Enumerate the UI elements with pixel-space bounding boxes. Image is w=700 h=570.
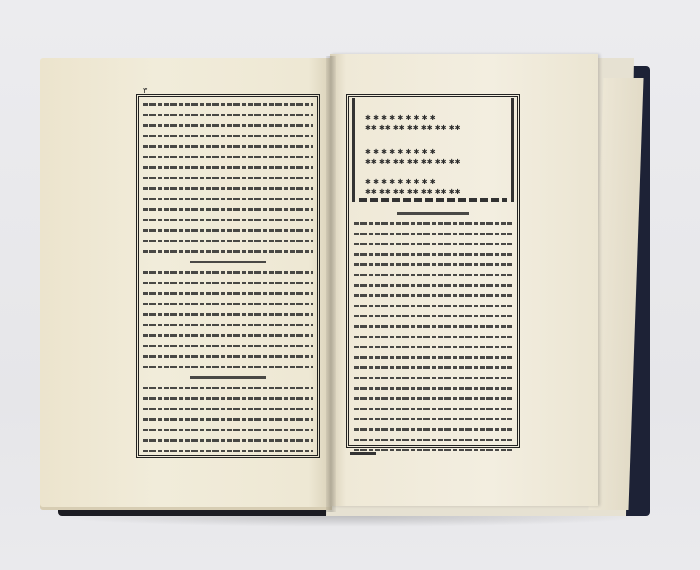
star-row: ✱✱ ✱✱ ✱✱ ✱✱ ✱✱ ✱✱ ✱✱ <box>365 188 505 196</box>
text-line <box>143 429 313 432</box>
text-line <box>354 233 512 236</box>
right-text-block <box>354 212 512 459</box>
star-row: ✱✱ ✱✱ ✱✱ ✱✱ ✱✱ ✱✱ ✱✱ <box>365 124 505 132</box>
text-line <box>143 271 313 274</box>
text-line <box>143 219 313 222</box>
ornamental-header: ✱ ✱ ✱ ✱ ✱ ✱ ✱ ✱ ✱ ✱✱ ✱✱ ✱✱ ✱✱ ✱✱ ✱✱ ✱✱ ✱… <box>352 98 514 202</box>
star-row: ✱✱ ✱✱ ✱✱ ✱✱ ✱✱ ✱✱ ✱✱ <box>365 158 505 166</box>
text-line <box>143 166 313 169</box>
text-line <box>143 156 313 159</box>
text-line <box>354 243 512 246</box>
text-line <box>354 387 512 390</box>
text-line <box>354 428 512 431</box>
section-heading <box>190 376 267 379</box>
text-line <box>143 345 313 348</box>
text-line <box>354 222 512 225</box>
text-line <box>143 324 313 327</box>
star-row: ✱ ✱ ✱ ✱ ✱ ✱ ✱ ✱ ✱ <box>365 178 505 186</box>
text-line <box>143 229 313 232</box>
text-line <box>354 263 512 266</box>
section-heading <box>397 212 468 215</box>
text-line <box>354 408 512 411</box>
text-line <box>143 103 313 106</box>
text-line <box>354 274 512 277</box>
text-line <box>143 198 313 201</box>
text-line <box>143 124 313 127</box>
section-heading <box>190 261 267 264</box>
text-line <box>354 439 512 442</box>
text-line <box>354 325 512 328</box>
text-line <box>143 282 313 285</box>
text-line <box>143 114 313 117</box>
text-line <box>143 418 313 421</box>
text-line <box>143 397 313 400</box>
star-row: ✱ ✱ ✱ ✱ ✱ ✱ ✱ ✱ ✱ <box>365 148 505 156</box>
text-line <box>143 250 313 253</box>
text-line <box>143 334 313 337</box>
text-line <box>143 292 313 295</box>
text-line <box>354 356 512 359</box>
star-row: ✱ ✱ ✱ ✱ ✱ ✱ ✱ ✱ ✱ <box>365 114 505 122</box>
text-line <box>354 315 512 318</box>
catchword <box>350 452 376 455</box>
text-line <box>354 377 512 380</box>
text-line <box>143 240 313 243</box>
text-line <box>143 355 313 358</box>
left-text-block <box>143 103 313 460</box>
text-line <box>354 418 512 421</box>
text-line <box>143 450 313 453</box>
text-line <box>143 135 313 138</box>
text-line <box>354 449 512 452</box>
text-line <box>143 145 313 148</box>
text-line <box>143 187 313 190</box>
text-line <box>143 366 313 369</box>
text-line <box>354 284 512 287</box>
text-line <box>354 366 512 369</box>
text-line <box>143 439 313 442</box>
text-line <box>143 177 313 180</box>
text-line <box>354 397 512 400</box>
text-line <box>143 303 313 306</box>
text-line <box>354 253 512 256</box>
text-line <box>354 305 512 308</box>
text-line <box>354 294 512 297</box>
text-line <box>354 336 512 339</box>
text-line <box>143 313 313 316</box>
text-line <box>143 208 313 211</box>
ornamental-border <box>359 198 507 202</box>
text-line <box>143 408 313 411</box>
book-gutter <box>326 56 336 512</box>
text-line <box>354 346 512 349</box>
text-line <box>143 387 313 390</box>
